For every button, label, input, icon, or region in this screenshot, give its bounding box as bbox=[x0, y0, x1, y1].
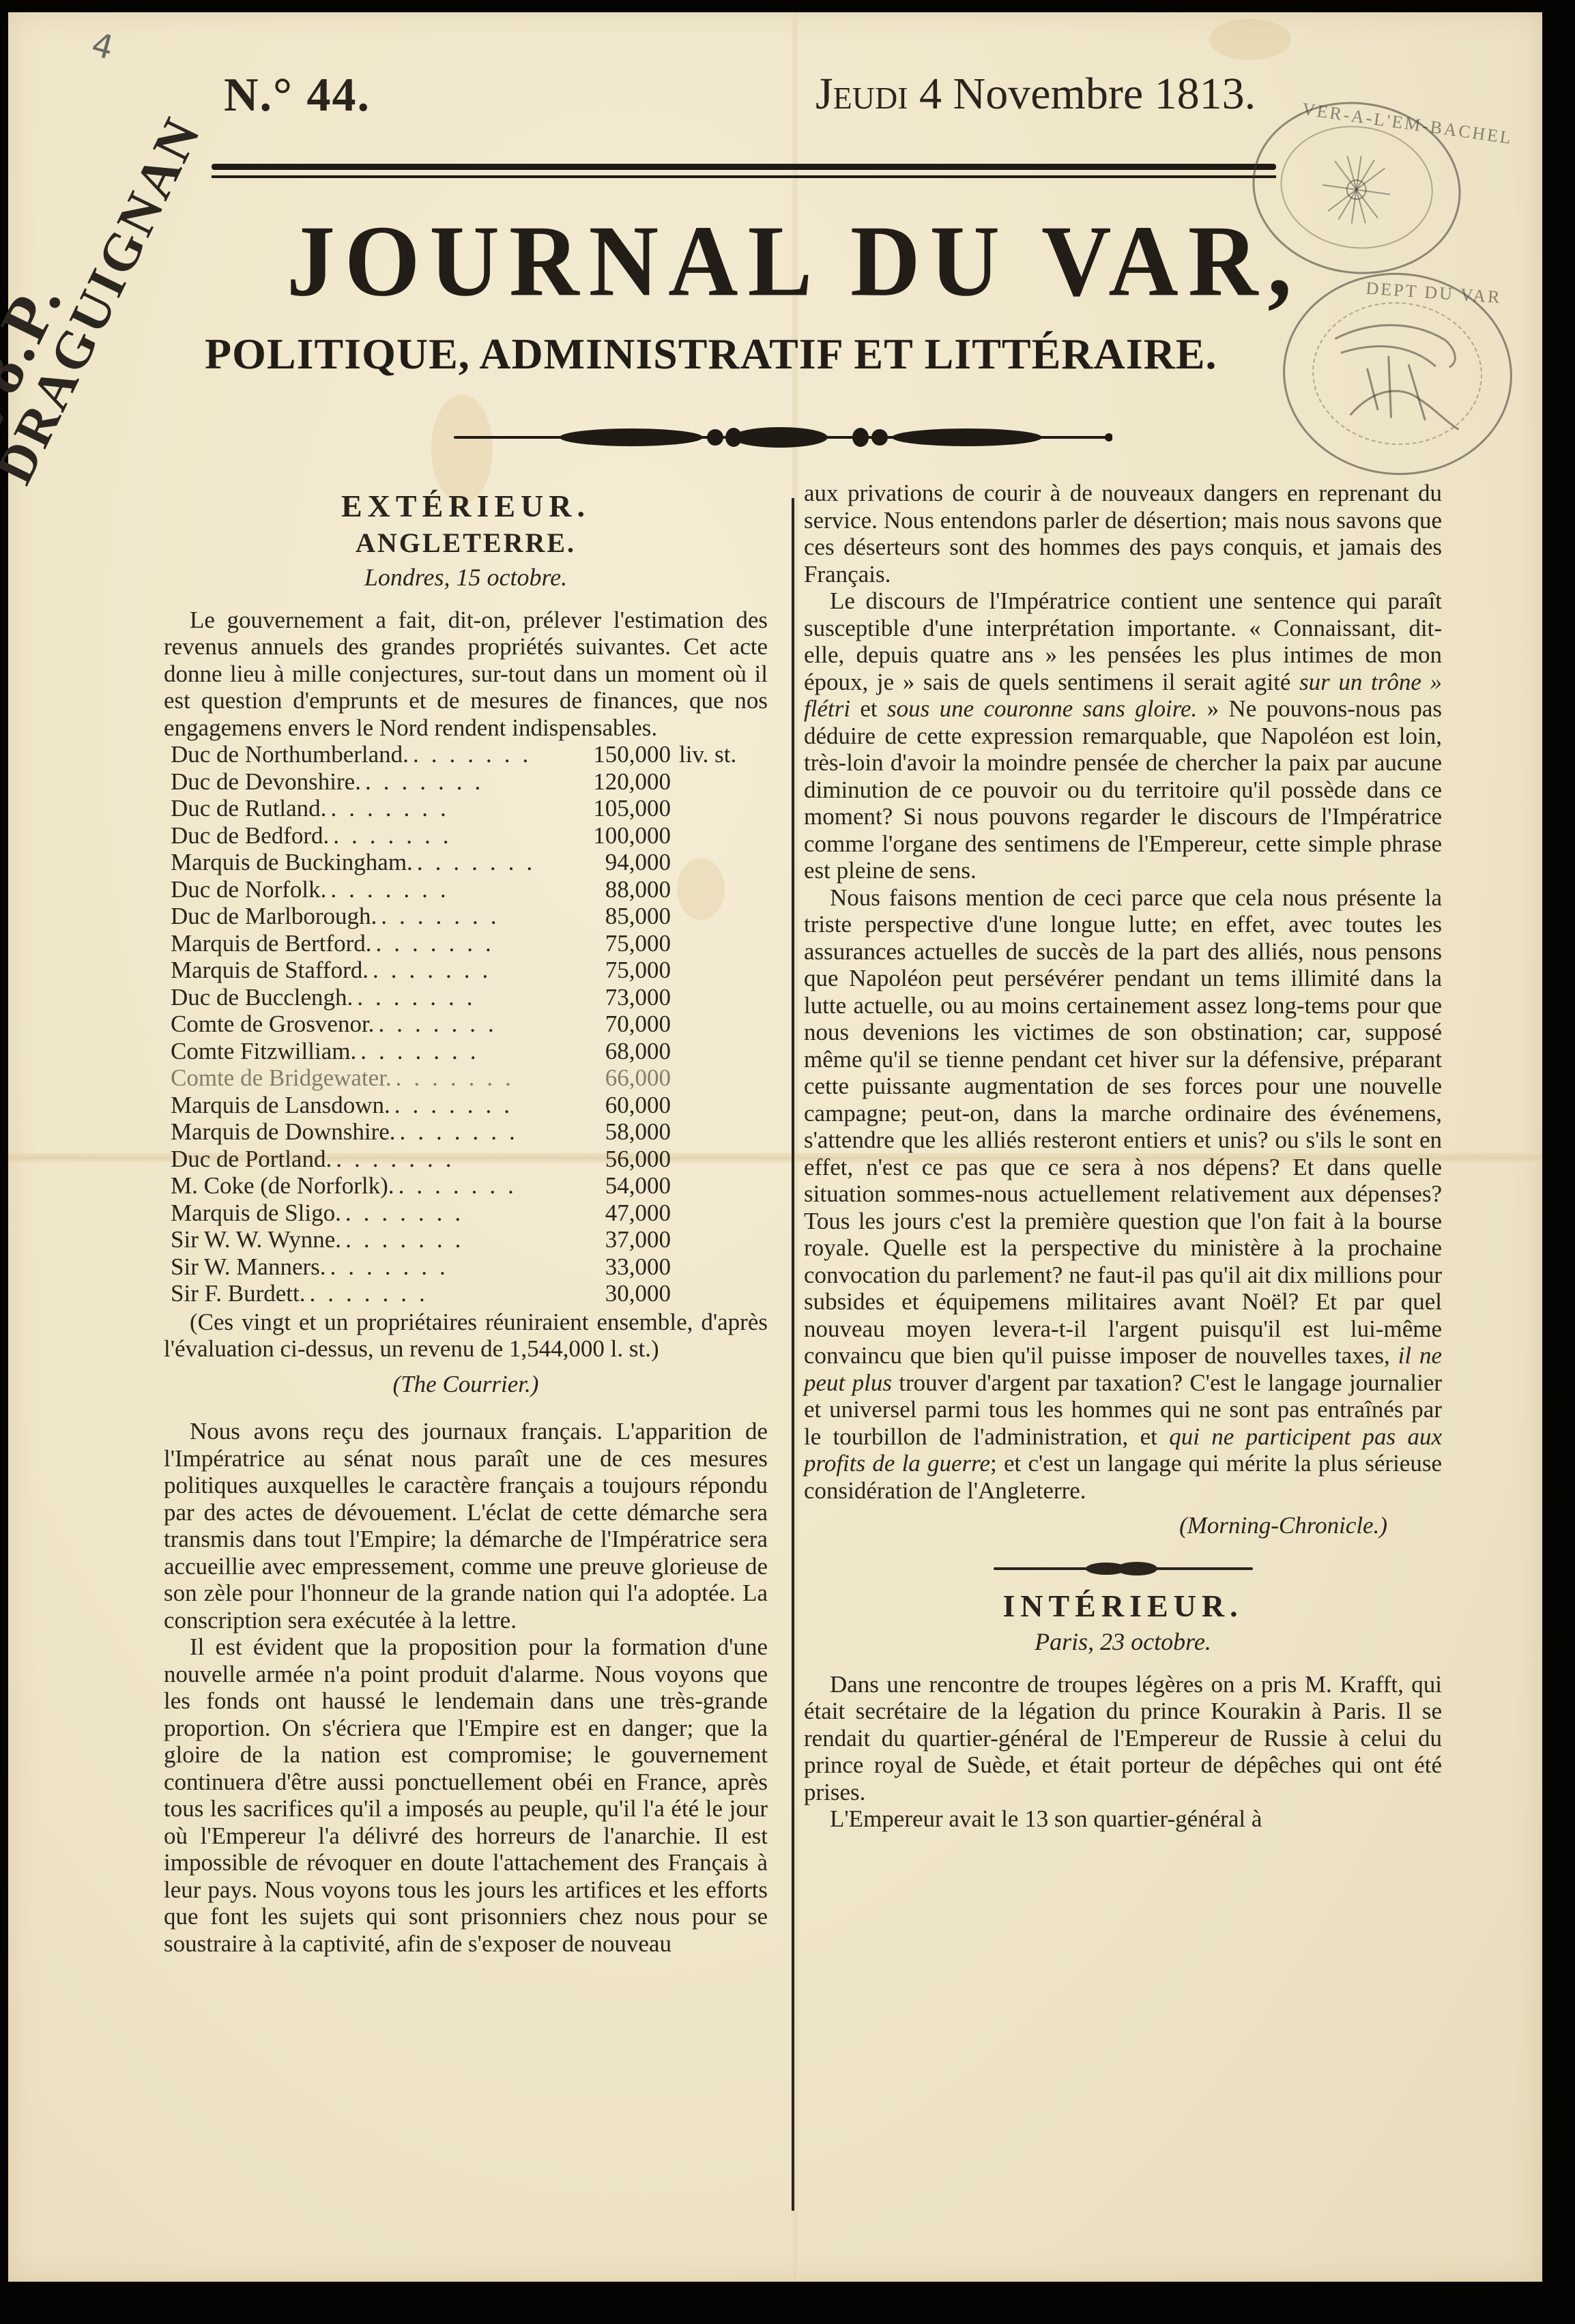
list-item: Comte de Bridgewater........66,000 bbox=[164, 1064, 768, 1092]
article-paragraph: Nous avons reçu des journaux français. L… bbox=[164, 1418, 768, 1633]
newspaper-subtitle: POLITIQUE, ADMINISTRATIF ET LITTÉRAIRE. bbox=[205, 329, 1217, 379]
list-item: Comte Fitzwilliam........68,000 bbox=[164, 1038, 768, 1065]
issue-weekday: Jeudi bbox=[815, 69, 908, 119]
masthead-rule-thick bbox=[212, 164, 1276, 170]
issue-date: Jeudi 4 Novembre 1813. bbox=[815, 68, 1256, 120]
list-item: Duc de Portland........56,000 bbox=[164, 1146, 768, 1173]
ornamental-divider-icon bbox=[454, 424, 1112, 452]
article-continuation: aux privations de courir à de nouveaux d… bbox=[804, 480, 1442, 587]
list-item: Duc de Rutland........105,000 bbox=[164, 795, 768, 822]
article-paragraph: Nous faisons mention de ceci parce que c… bbox=[804, 884, 1442, 1505]
issue-number: N.° 44. bbox=[224, 68, 371, 123]
list-item: Marquis de Buckingham........94,000 bbox=[164, 849, 768, 876]
list-item: M. Coke (de Norforlk)........54,000 bbox=[164, 1172, 768, 1200]
newspaper-title: JOURNAL DU VAR, bbox=[287, 202, 1301, 319]
dateline: Londres, 15 octobre. bbox=[164, 564, 768, 592]
list-item: Duc de Bedford........100,000 bbox=[164, 822, 768, 849]
list-item: Sir W. Manners........33,000 bbox=[164, 1253, 768, 1281]
masthead-rule-thin bbox=[212, 175, 1276, 178]
section-heading-interieur: INTÉRIEUR. bbox=[804, 1593, 1442, 1620]
right-column: aux privations de courir à de nouveaux d… bbox=[804, 480, 1442, 1833]
article-paragraph: L'Empereur avait le 13 son quartier-géné… bbox=[804, 1805, 1442, 1833]
article-paragraph: Dans une rencontre de troupes légères on… bbox=[804, 1671, 1442, 1806]
sunburst-icon bbox=[1314, 147, 1399, 232]
country-heading: ANGLETERRE. bbox=[164, 529, 768, 557]
article-paragraph: Le discours de l'Impératrice contient un… bbox=[804, 587, 1442, 884]
list-item: Comte de Grosvenor........70,000 bbox=[164, 1011, 768, 1038]
article-intro: Le gouvernement a fait, dit-on, prélever… bbox=[164, 607, 768, 742]
list-item: Marquis de Lansdown........60,000 bbox=[164, 1092, 768, 1119]
estate-total-note: (Ces vingt et un propriétaires réuniraie… bbox=[164, 1309, 768, 1363]
article-paragraph: Il est évident que la proposition pour l… bbox=[164, 1633, 768, 1957]
section-heading-exterieur: EXTÉRIEUR. bbox=[164, 493, 768, 520]
section-divider-icon bbox=[994, 1560, 1253, 1578]
eagle-icon bbox=[1322, 311, 1473, 437]
column-separator bbox=[792, 498, 794, 2211]
source-attribution: (The Courrier.) bbox=[164, 1371, 768, 1398]
left-column: EXTÉRIEUR. ANGLETERRE. Londres, 15 octob… bbox=[164, 478, 768, 1957]
list-item: Marquis de Bertford........75,000 bbox=[164, 930, 768, 957]
list-item: Marquis de Stafford........75,000 bbox=[164, 957, 768, 984]
list-item: Marquis de Downshire........58,000 bbox=[164, 1118, 768, 1146]
list-item: Marquis de Sligo........47,000 bbox=[164, 1200, 768, 1227]
list-item: Duc de Northumberland........150,000liv.… bbox=[164, 741, 768, 768]
issue-date-text: 4 Novembre 1813. bbox=[919, 69, 1256, 119]
list-item: Duc de Bucclengh........73,000 bbox=[164, 984, 768, 1011]
list-item: Duc de Devonshire........120,000 bbox=[164, 768, 768, 796]
dateline: Paris, 23 octobre. bbox=[804, 1629, 1442, 1656]
list-item: Duc de Norfolk........88,000 bbox=[164, 876, 768, 903]
list-item: Sir W. W. Wynne........37,000 bbox=[164, 1226, 768, 1253]
list-item: Duc de Marlborough........85,000 bbox=[164, 903, 768, 930]
estate-revenue-list: Duc de Northumberland........150,000liv.… bbox=[164, 741, 768, 1307]
paper-stain bbox=[1209, 19, 1291, 60]
source-attribution: (Morning-Chronicle.) bbox=[804, 1512, 1442, 1539]
list-item: Sir F. Burdett........30,000 bbox=[164, 1280, 768, 1307]
